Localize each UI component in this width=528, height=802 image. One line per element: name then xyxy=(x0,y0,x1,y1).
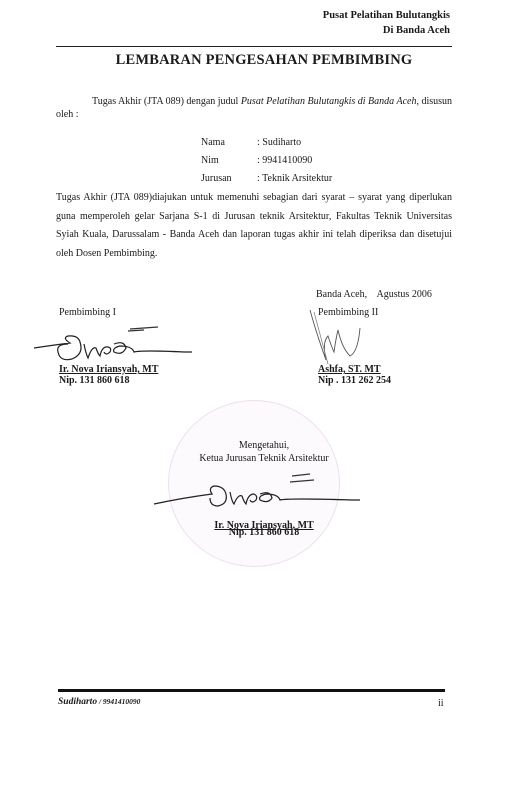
header-rule xyxy=(56,46,452,47)
supervisor-1-nip: Nip. 131 860 618 xyxy=(59,375,130,386)
body-paragraph: Tugas Akhir (JTA 089)diajukan untuk meme… xyxy=(56,189,452,263)
author-value-jurusan: : Teknik Arsitektur xyxy=(257,173,332,184)
author-label-jurusan: Jurusan xyxy=(201,173,232,184)
intro-prefix: Tugas Akhir (JTA 089) dengan judul xyxy=(92,96,241,107)
footer-rule xyxy=(58,689,445,692)
approval-nip: Nip. 131 860 618 xyxy=(0,527,528,538)
header-line-2: Di Banda Aceh xyxy=(383,24,450,38)
approval-role: Ketua Jurusan Teknik Arsitektur xyxy=(0,453,528,464)
footer-author-name: Sudiharto xyxy=(58,697,97,707)
author-label-nim: Nim xyxy=(201,155,219,166)
page-number: ii xyxy=(438,698,444,709)
author-value-name: : Sudiharto xyxy=(257,137,301,148)
footer-nim: 9941410090 xyxy=(103,697,141,706)
header-line-1: Pusat Pelatihan Bulutangkis xyxy=(323,9,450,23)
author-value-nim: : 9941410090 xyxy=(257,155,312,166)
intro-title: Pusat Pelatihan Bulutangkis di Banda Ace… xyxy=(241,96,417,107)
supervisor-1-role: Pembimbing I xyxy=(59,307,116,318)
supervisor-2-nip: Nip . 131 262 254 xyxy=(318,375,391,386)
signature-approval xyxy=(152,472,372,512)
approval-heading: Mengetahui, xyxy=(0,440,528,451)
signature-supervisor-1 xyxy=(34,318,214,366)
author-label-name: Nama xyxy=(201,137,225,148)
page-title: LEMBARAN PENGESAHAN PEMBIMBING xyxy=(0,52,528,69)
supervisor-2-name: Ashfa, ST. MT xyxy=(318,364,381,375)
signature-supervisor-2 xyxy=(306,308,366,370)
place-date: Banda Aceh, Agustus 2006 xyxy=(316,289,432,300)
supervisor-1-name: Ir. Nova Iriansyah, MT xyxy=(59,364,158,375)
footer-author: Sudiharto / 9941410090 xyxy=(58,697,140,707)
intro-paragraph: Tugas Akhir (JTA 089) dengan judul Pusat… xyxy=(56,95,452,121)
